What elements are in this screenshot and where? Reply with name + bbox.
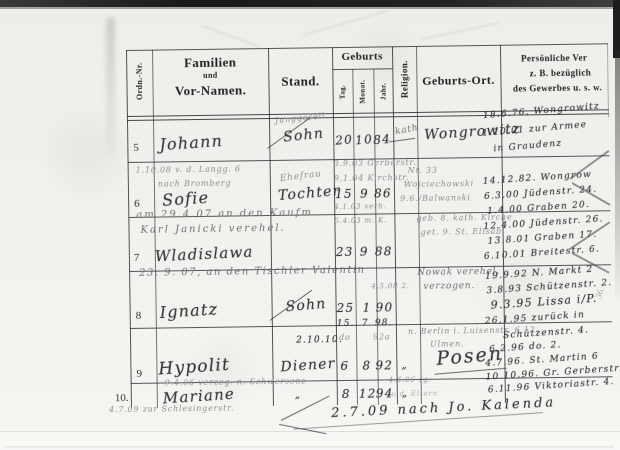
pencil-note: 4.6.06 zg.: [389, 376, 432, 385]
column-header-familien-line1: Familien: [152, 54, 268, 72]
pencil-note: 6.4.03 m. K.: [334, 216, 387, 225]
entry-year: 86: [374, 186, 392, 200]
pencil-note: 9.1.04 Kirchstr.: [334, 173, 410, 183]
entry-year: 94: [376, 386, 394, 400]
entry-year: 92: [375, 358, 393, 372]
register-table: Ordn.-Nr. Familien und Vor-Namen. Stand.…: [126, 43, 613, 412]
geburts-sub-rule: [332, 68, 392, 70]
entry-day-2: 15.: [337, 319, 355, 329]
entry-stand: Diener: [280, 356, 336, 376]
personal-entry: 26.1.95 zurück in: [485, 310, 586, 327]
paper-bottom-edge: [4, 446, 614, 448]
col-rule: [332, 47, 338, 405]
pencil-note: Wojciechowski: [404, 179, 474, 189]
entry-month: 10: [355, 132, 374, 147]
personal-entry: 14.12.82. Wongrow: [483, 170, 593, 187]
pencil-note: 23. 9. 07, an den Tischler Valentin: [139, 265, 366, 279]
pencil-note: 3.9.03 Gerberstr.: [334, 158, 417, 168]
entry-name: Sofie: [162, 188, 210, 210]
column-header-familien-line3: Vor-Namen.: [152, 82, 268, 100]
pencil-note: am 29.4.07 an den Kaufm.: [136, 207, 318, 221]
entry-day: 8: [342, 387, 351, 401]
row-number: 9: [136, 368, 142, 380]
pencil-note: Nr. 33: [408, 166, 438, 175]
pencil-note: 1.10.08 v. d. Langg. 6: [136, 164, 241, 174]
entry-stand-ditto: „: [295, 390, 302, 401]
personal-entry: in Graudenz: [493, 139, 563, 155]
entry-month: 12: [359, 387, 377, 401]
entry-religion-ditto: „: [401, 360, 408, 371]
column-header-geburtsort: Geburts-Ort.: [416, 73, 500, 89]
ink-flourish: [281, 396, 330, 421]
paper-fold-smudge: [106, 18, 115, 153]
col-rule: [352, 69, 358, 405]
pencil-note: get. 9. St. Elisab.: [421, 227, 506, 237]
entry-name: Ignatz: [159, 299, 219, 322]
pencil-note: 9.6./Balwanski: [400, 193, 471, 203]
column-header-tag: Tag.: [338, 72, 347, 112]
pencil-note: 4.5.08 2.: [371, 282, 409, 291]
column-header-familien-line2: und: [152, 70, 268, 81]
pencil-note: 4.7.09 zur Schlesingerstr.: [109, 404, 234, 415]
scanned-register-page: 36. Ordn.-Nr. Familien und Vor-Namen. St…: [0, 0, 620, 450]
row-number: 6: [134, 198, 140, 210]
column-header-persoenlich-line1: Persönliche Ver: [502, 52, 606, 63]
entry-name: Johann: [159, 131, 224, 154]
entry-name: Hypolit: [158, 355, 231, 380]
entry-day: 25: [337, 301, 355, 315]
pencil-note: n. Berlin i. Luisenstr. 6.12.: [408, 325, 539, 336]
pencil-note: zu d. Eltern: [387, 390, 438, 399]
table-right-rule: [607, 43, 609, 117]
column-header-persoenlich-line2: z. B. bezüglich: [508, 67, 612, 78]
pencil-note: 92a: [373, 332, 390, 341]
row-number: 7: [134, 252, 140, 264]
column-header-persoenlich-line3: des Gewerbes u. s. w.: [503, 82, 613, 94]
scan-edge-top: [0, 0, 620, 7]
scan-edge-top-shadow: [0, 7, 620, 9]
pencil-note: 9.4.06 verzog. n. Schwersenz: [165, 377, 307, 388]
column-header-ordnr: Ordn.-Nr.: [134, 47, 144, 115]
entry-year-2: 98.: [375, 318, 393, 328]
pencil-note: geb. 8. kath. Kirche: [416, 213, 512, 223]
col-rule: [373, 69, 379, 405]
column-header-geburts: Geburts: [332, 50, 392, 63]
col-rule: [416, 46, 422, 404]
pencil-note: verzogen.: [423, 281, 475, 292]
column-header-monat: Monat.: [358, 72, 367, 112]
column-header-jahr: Jahr.: [379, 71, 388, 111]
personal-entry: 6.3.00 Jüdenstr. 24.: [484, 184, 598, 201]
entry-month: 1: [363, 301, 372, 315]
pencil-note: Ehefrau: [279, 169, 322, 184]
entry-year: 90: [376, 300, 394, 314]
paper-edge-right-shadow: [615, 50, 620, 300]
entry-religion-ditto: „: [402, 388, 409, 399]
ink-note: 2.10.10.: [296, 335, 343, 346]
entry-religion: kath: [394, 123, 419, 137]
entry-month-2: 7: [362, 319, 369, 329]
entry-day: 15: [335, 187, 353, 201]
entry-year: 88: [375, 244, 393, 258]
entry-month: 9: [360, 187, 369, 201]
row-number: 5: [133, 142, 139, 154]
pencil-note: nach Bromberg: [158, 179, 232, 189]
entry-day: 23: [336, 245, 354, 259]
pencil-note: Karl Janicki verehel.: [140, 223, 285, 236]
entry-day: 20: [335, 132, 354, 147]
personal-entry: 6.10.01 Breitestr. 6.: [484, 244, 601, 262]
col-rule: [392, 46, 398, 404]
pencil-note: 4.1.03 verh.: [334, 202, 386, 211]
ink-ghost-mark: [301, 10, 388, 37]
column-header-stand: Stand.: [268, 73, 332, 90]
row-number: 10.: [115, 392, 129, 404]
table-left-rule: [126, 50, 132, 408]
ink-ghost-mark: [201, 25, 258, 47]
column-header-religion: Religion.: [399, 49, 410, 109]
entry-month: 8: [362, 359, 371, 373]
entry-stand: Sohn: [283, 126, 325, 146]
entry-name: Wladislawa: [154, 243, 254, 266]
entry-month: 9: [360, 245, 369, 259]
entry-year: 84: [373, 132, 392, 147]
pencil-note: do: [339, 333, 351, 342]
entry-day: 6: [340, 359, 349, 373]
entry-stand: Sohn: [285, 296, 327, 315]
entry-stand: Tochter: [277, 183, 341, 204]
ink-ghost-mark: [421, 22, 500, 41]
row-number: 8: [136, 310, 142, 322]
